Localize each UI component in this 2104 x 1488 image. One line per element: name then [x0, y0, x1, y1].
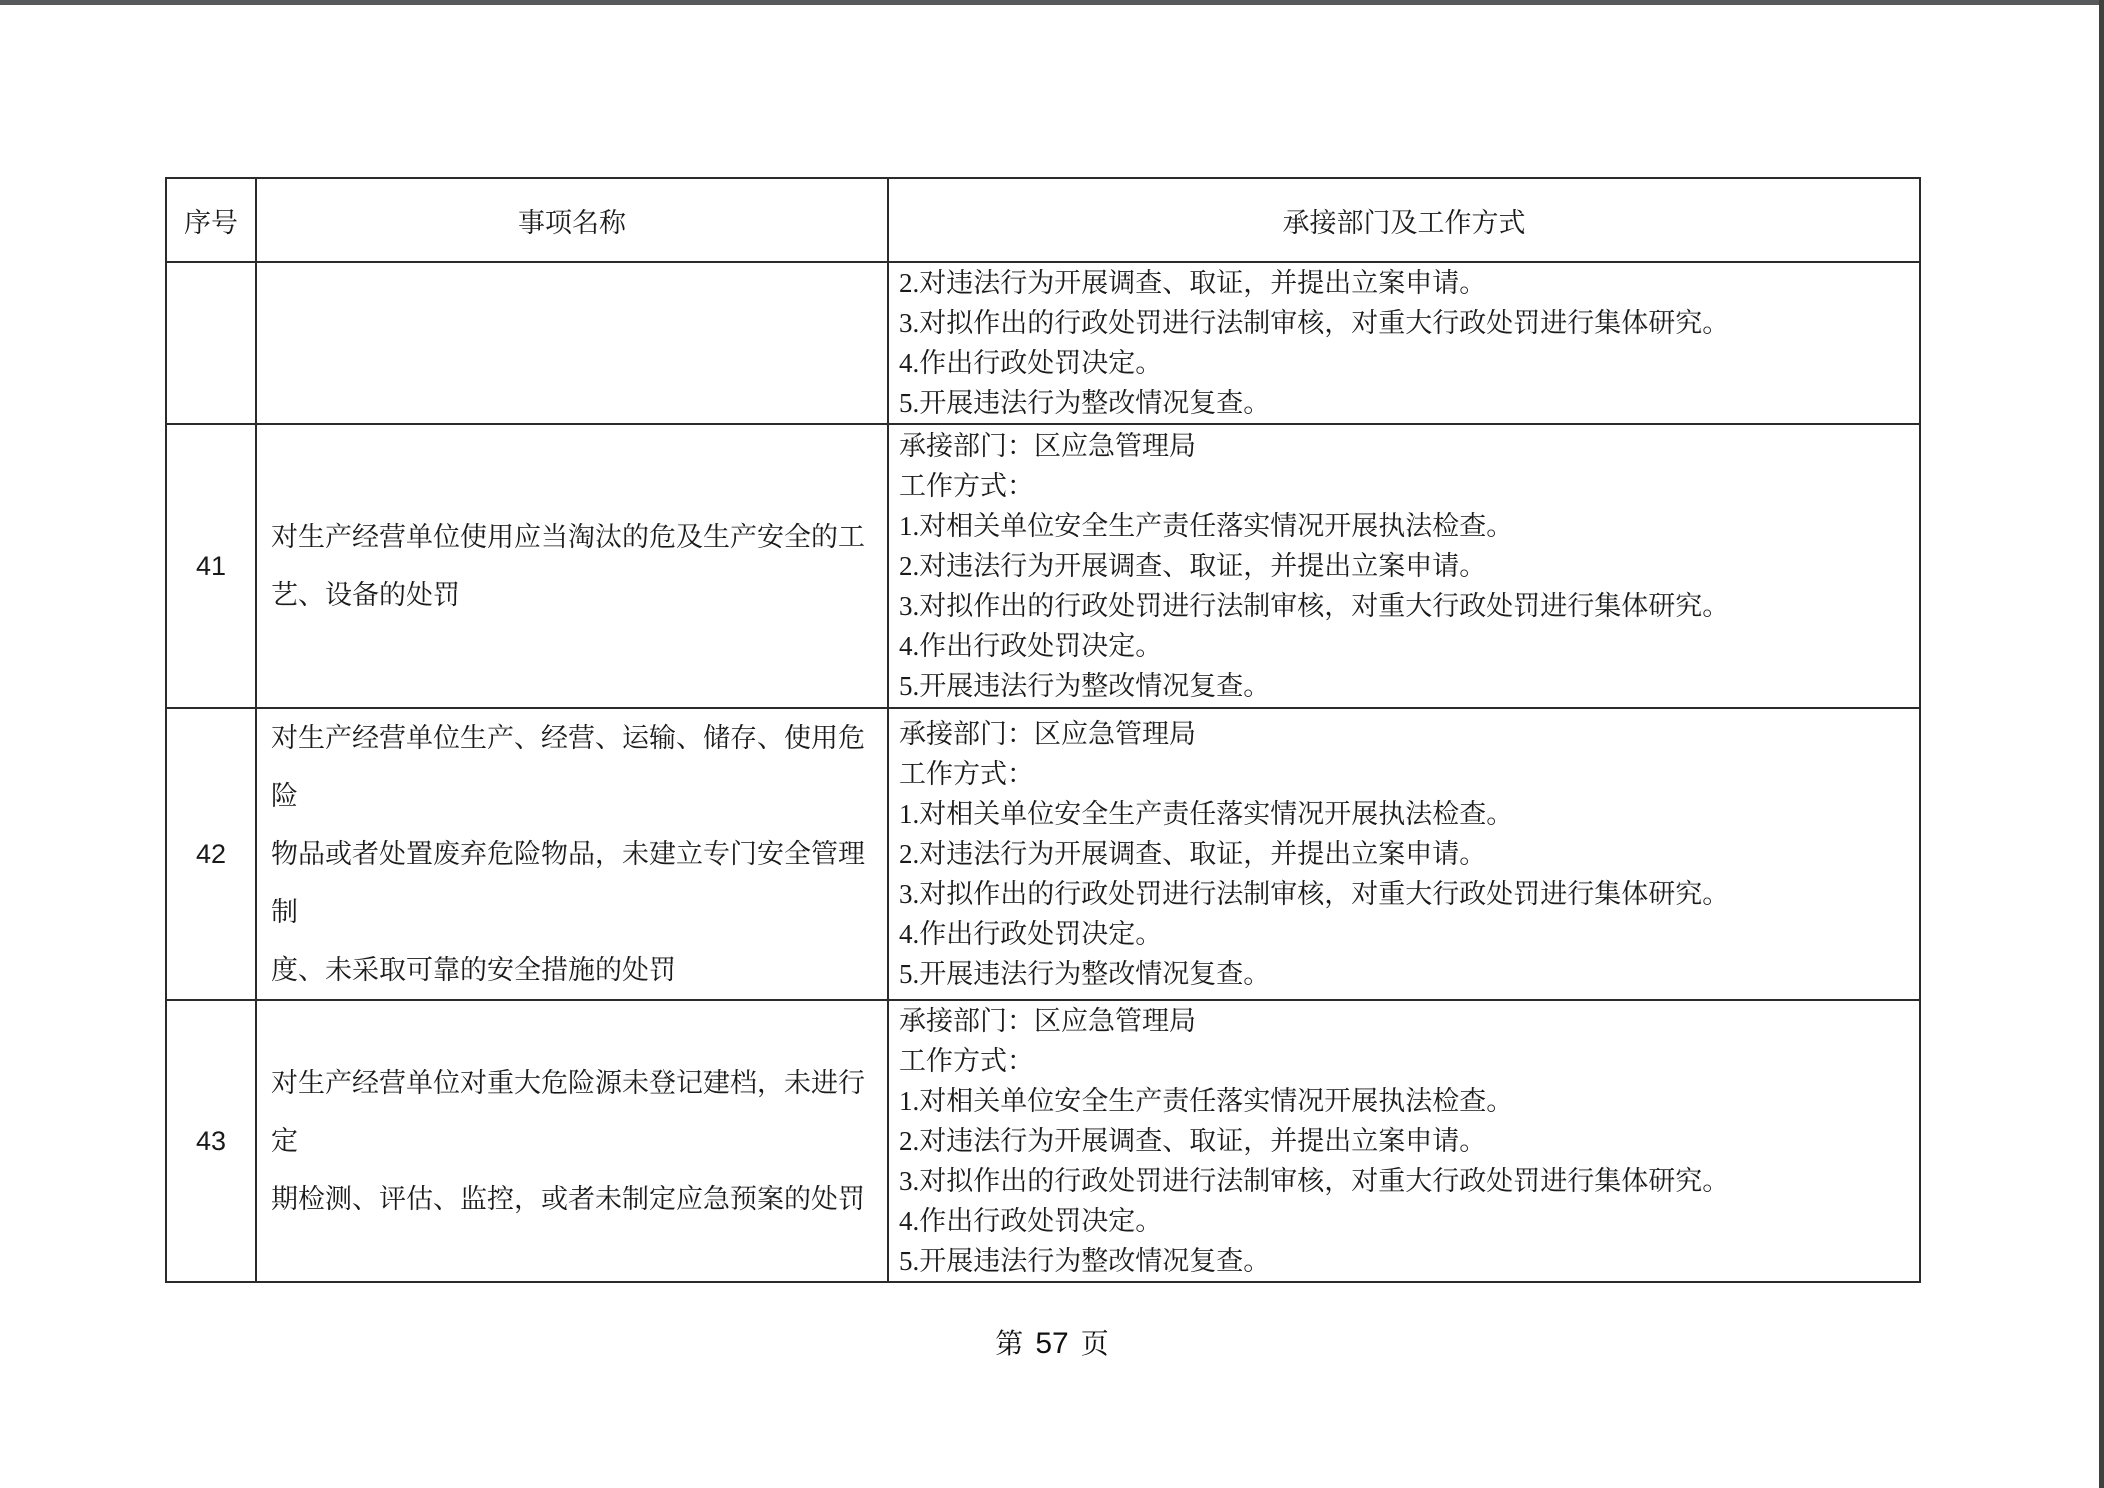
- serial-cell: 43: [166, 1000, 256, 1282]
- detail-line: 3.对拟作出的行政处罚进行法制审核，对重大行政处罚进行集体研究。: [899, 586, 1911, 626]
- table-row-43: 43 对生产经营单位对重大危险源未登记建档，未进行定 期检测、评估、监控，或者未…: [166, 1000, 1920, 1282]
- detail-line: 3.对拟作出的行政处罚进行法制审核，对重大行政处罚进行集体研究。: [899, 303, 1911, 343]
- detail-line: 2.对违法行为开展调查、取证，并提出立案申请。: [899, 546, 1911, 586]
- col-header-item-name: 事项名称: [256, 178, 888, 262]
- page-footer: 第57页: [0, 1322, 2104, 1362]
- serial-cell: [166, 262, 256, 424]
- table-row-continuation: 2.对违法行为开展调查、取证，并提出立案申请。 3.对拟作出的行政处罚进行法制审…: [166, 262, 1920, 424]
- penalty-items-table: 序号 事项名称 承接部门及工作方式 2.对违法行为开展调查、取证，并提出立案申请…: [165, 177, 1921, 1283]
- detail-line: 3.对拟作出的行政处罚进行法制审核，对重大行政处罚进行集体研究。: [899, 874, 1911, 914]
- detail-line: 5.开展违法行为整改情况复查。: [899, 1241, 1911, 1281]
- serial-cell: 42: [166, 708, 256, 1000]
- item-name-line: 度、未采取可靠的安全措施的处罚: [271, 941, 877, 999]
- page-footer-suffix: 页: [1081, 1329, 1109, 1360]
- detail-line: 2.对违法行为开展调查、取证，并提出立案申请。: [899, 263, 1911, 303]
- page-top-edge: [0, 0, 2104, 5]
- item-name-cell: 对生产经营单位生产、经营、运输、储存、使用危险 物品或者处置废弃危险物品，未建立…: [256, 708, 888, 1000]
- col-header-serial: 序号: [166, 178, 256, 262]
- detail-line: 承接部门：区应急管理局: [899, 1001, 1911, 1041]
- table-header-row: 序号 事项名称 承接部门及工作方式: [166, 178, 1920, 262]
- page-footer-number: 57: [1035, 1327, 1068, 1360]
- detail-line: 2.对违法行为开展调查、取证，并提出立案申请。: [899, 834, 1911, 874]
- item-name-line: 期检测、评估、监控，或者未制定应急预案的处罚: [271, 1170, 877, 1228]
- detail-line: 2.对违法行为开展调查、取证，并提出立案申请。: [899, 1121, 1911, 1161]
- detail-line: 工作方式：: [899, 1041, 1911, 1081]
- item-name-line: 艺、设备的处罚: [271, 566, 877, 624]
- details-cell: 承接部门：区应急管理局 工作方式： 1.对相关单位安全生产责任落实情况开展执法检…: [888, 1000, 1920, 1282]
- details-cell: 承接部门：区应急管理局 工作方式： 1.对相关单位安全生产责任落实情况开展执法检…: [888, 708, 1920, 1000]
- detail-line: 工作方式：: [899, 466, 1911, 506]
- detail-line: 4.作出行政处罚决定。: [899, 343, 1911, 383]
- col-header-department-method: 承接部门及工作方式: [888, 178, 1920, 262]
- detail-line: 3.对拟作出的行政处罚进行法制审核，对重大行政处罚进行集体研究。: [899, 1161, 1911, 1201]
- table-row-41: 41 对生产经营单位使用应当淘汰的危及生产安全的工 艺、设备的处罚 承接部门：区…: [166, 424, 1920, 708]
- item-name-line: 物品或者处置废弃危险物品，未建立专门安全管理制: [271, 825, 877, 941]
- page-right-edge: [2099, 0, 2104, 1488]
- details-cell: 承接部门：区应急管理局 工作方式： 1.对相关单位安全生产责任落实情况开展执法检…: [888, 424, 1920, 708]
- detail-line: 4.作出行政处罚决定。: [899, 626, 1911, 666]
- detail-line: 4.作出行政处罚决定。: [899, 1201, 1911, 1241]
- detail-line: 1.对相关单位安全生产责任落实情况开展执法检查。: [899, 506, 1911, 546]
- detail-line: 5.开展违法行为整改情况复查。: [899, 954, 1911, 994]
- item-name-line: 对生产经营单位生产、经营、运输、储存、使用危险: [271, 709, 877, 825]
- item-name-line: 对生产经营单位使用应当淘汰的危及生产安全的工: [271, 508, 877, 566]
- detail-line: 5.开展违法行为整改情况复查。: [899, 666, 1911, 706]
- item-name-cell: [256, 262, 888, 424]
- item-name-line: 对生产经营单位对重大危险源未登记建档，未进行定: [271, 1054, 877, 1170]
- detail-line: 承接部门：区应急管理局: [899, 714, 1911, 754]
- detail-line: 工作方式：: [899, 754, 1911, 794]
- detail-line: 5.开展违法行为整改情况复查。: [899, 383, 1911, 423]
- detail-line: 1.对相关单位安全生产责任落实情况开展执法检查。: [899, 1081, 1911, 1121]
- table-row-42: 42 对生产经营单位生产、经营、运输、储存、使用危险 物品或者处置废弃危险物品，…: [166, 708, 1920, 1000]
- page-footer-prefix: 第: [995, 1329, 1023, 1360]
- details-cell: 2.对违法行为开展调查、取证，并提出立案申请。 3.对拟作出的行政处罚进行法制审…: [888, 262, 1920, 424]
- detail-line: 4.作出行政处罚决定。: [899, 914, 1911, 954]
- detail-line: 承接部门：区应急管理局: [899, 426, 1911, 466]
- detail-line: 1.对相关单位安全生产责任落实情况开展执法检查。: [899, 794, 1911, 834]
- item-name-cell: 对生产经营单位对重大危险源未登记建档，未进行定 期检测、评估、监控，或者未制定应…: [256, 1000, 888, 1282]
- item-name-cell: 对生产经营单位使用应当淘汰的危及生产安全的工 艺、设备的处罚: [256, 424, 888, 708]
- serial-cell: 41: [166, 424, 256, 708]
